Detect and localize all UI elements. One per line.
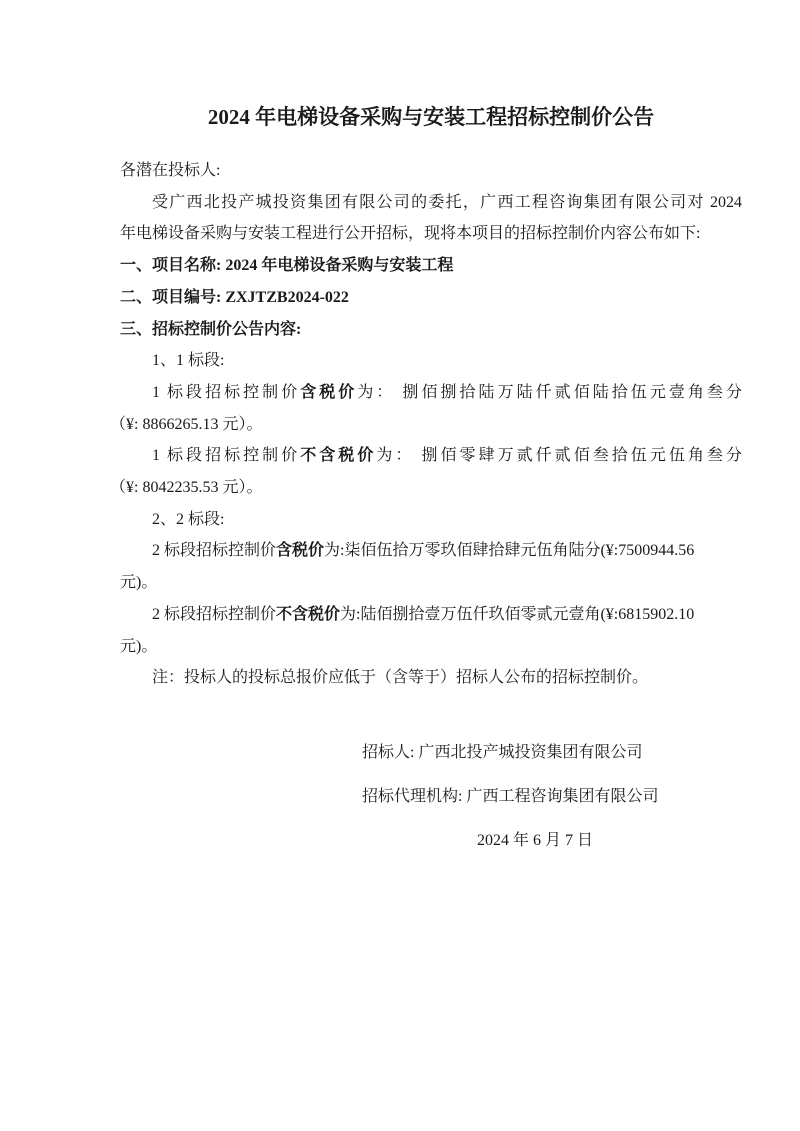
section-2-heading: 2、2 标段: [120,504,742,536]
section-2-excl-tax-line-1: 2 标段招标控制价不含税价为:陆佰捌拾壹万伍仟玖佰零贰元壹角(¥:6815902… [120,599,742,631]
intro-line-2: 年电梯设备采购与安装工程进行公开招标，现将本项目的招标控制价内容公布如下: [120,218,742,250]
section-1-incl-tax-line-2: （¥: 8866265.13 元）。 [110,409,742,441]
signature-agency: 招标代理机构: 广西工程咨询集团有限公司 [362,781,742,813]
section-2-incl-tax-line-1: 2 标段招标控制价含税价为:柒佰伍拾万零玖佰肆拾肆元伍角陆分(¥:7500944… [120,535,742,567]
signature-tenderer: 招标人: 广西北投产城投资集团有限公司 [362,737,742,769]
section-1-excl-tax-line-1: 1 标段招标控制价不含税价为： 捌佰零肆万贰仟贰佰叁拾伍元伍角叁分 [120,440,742,472]
item-project-number: 二、项目编号: ZXJTZB2024-022 [120,282,742,314]
note: 注：投标人的投标总报价应低于（含等于）招标人公布的招标控制价。 [120,662,742,694]
salutation: 各潜在投标人: [120,155,742,187]
section-2-excl-tax-line-2: 元)。 [120,631,742,663]
intro-line-1: 受广西北投产城投资集团有限公司的委托，广西工程咨询集团有限公司对 2024 [120,187,742,219]
signature-date: 2024 年 6 月 7 日 [477,825,742,857]
section-2-incl-tax-line-2: 元)。 [120,567,742,599]
document-lines: 各潜在投标人:受广西北投产城投资集团有限公司的委托，广西工程咨询集团有限公司对 … [120,155,742,694]
section-1-excl-tax-line-2: （¥: 8042235.53 元）。 [110,472,742,504]
document-title: 2024 年电梯设备采购与安装工程招标控制价公告 [120,99,742,135]
item-project-name: 一、项目名称: 2024 年电梯设备采购与安装工程 [120,250,742,282]
section-1-heading: 1、1 标段: [120,345,742,377]
document-content: 2024 年电梯设备采购与安装工程招标控制价公告 各潜在投标人:受广西北投产城投… [120,0,742,857]
section-1-incl-tax-line-1: 1 标段招标控制价含税价为： 捌佰捌拾陆万陆仟贰佰陆拾伍元壹角叁分 [120,377,742,409]
document-page: 2024 年电梯设备采购与安装工程招标控制价公告 各潜在投标人:受广西北投产城投… [0,0,800,1131]
item-content-heading: 三、招标控制价公告内容: [120,314,742,346]
signature-block: 招标人: 广西北投产城投资集团有限公司 招标代理机构: 广西工程咨询集团有限公司… [120,737,742,857]
